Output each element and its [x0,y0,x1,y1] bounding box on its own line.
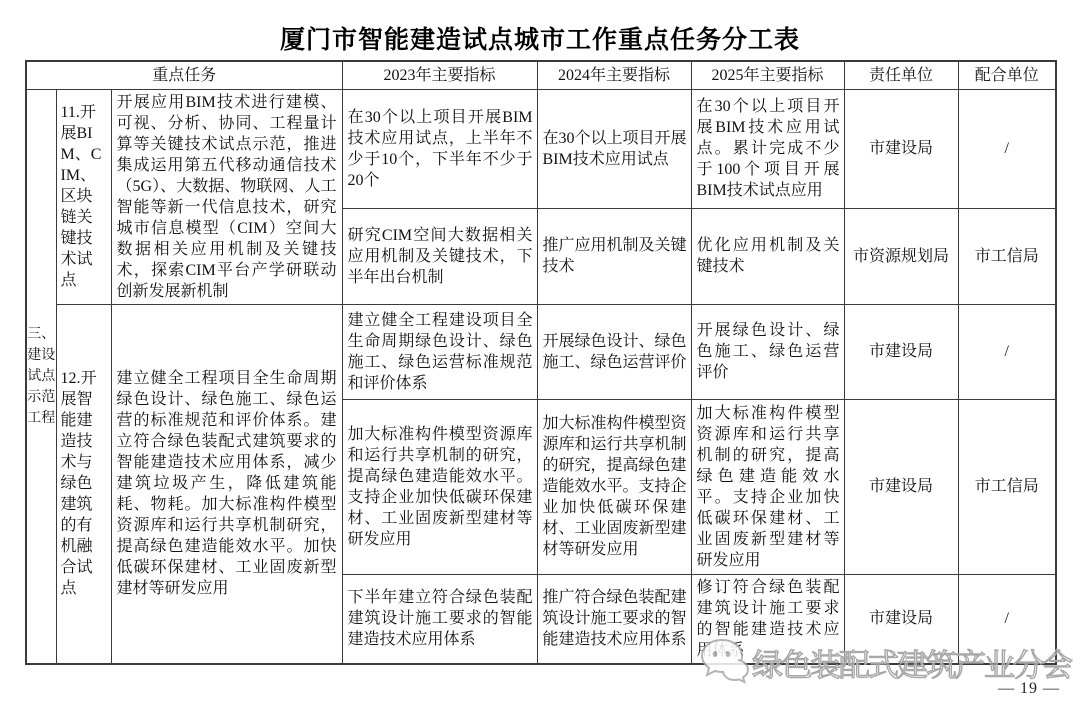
task-11a-2024-cell: 在30个以上项目开展BIM技术应用试点 [537,89,691,209]
table-row: 12.开展智能建造技术与绿色建筑的有机融合试点 建立健全工程项目全生命周期绿色设… [26,304,1056,399]
column-header-2023: 2023年主要指标 [342,61,537,89]
column-header-task: 重点任务 [26,61,342,89]
column-header-2024: 2024年主要指标 [537,61,691,89]
task-12c-cooperating-cell: / [958,574,1056,664]
column-header-2025: 2025年主要指标 [691,61,844,89]
task-12c-2023-cell: 下半年建立符合绿色装配建筑设计施工要求的智能建造技术应用体系 [342,574,537,664]
task-12b-responsible-cell: 市建设局 [844,399,958,574]
column-header-responsible: 责任单位 [844,61,958,89]
task-12b-2024-cell: 加大标准构件模型资源库和运行共享机制的研究，提高绿色建造能效水平。支持企业加快低… [537,399,691,574]
table-row: 三、建设试点示范工程 11.开展BIM、CIM、区块链关键技术试点 开展应用BI… [26,89,1056,209]
table-header-row: 重点任务 2023年主要指标 2024年主要指标 2025年主要指标 责任单位 … [26,61,1056,89]
task-12a-cooperating-cell: / [958,304,1056,399]
task-11a-2023-cell: 在30个以上项目开展BIM技术应用试点，上半年不少于10个，下半年不少于20个 [342,89,537,209]
task-11a-2025-cell: 在30个以上项目开展BIM技术应用试点。累计完成不少于100个项目开展BIM技术… [691,89,844,209]
task-division-table: 重点任务 2023年主要指标 2024年主要指标 2025年主要指标 责任单位 … [25,60,1057,665]
page-number: — 19 — [998,680,1060,698]
task-11b-cooperating-cell: 市工信局 [958,209,1056,304]
task-11b-2024-cell: 推广应用机制及关键技术 [537,209,691,304]
task-11a-cooperating-cell: / [958,89,1056,209]
task-11b-responsible-cell: 市资源规划局 [844,209,958,304]
task-12a-2024-cell: 开展绿色设计、绿色施工、绿色运营评价 [537,304,691,399]
document-page: 厦门市智能建造试点城市工作重点任务分工表 重点任务 2023年主要指标 2024… [0,0,1080,706]
task-11b-2025-cell: 优化应用机制及关键技术 [691,209,844,304]
task-12b-2023-cell: 加大标准构件模型资源库和运行共享机制的研究，提高绿色建造能效水平。支持企业加快低… [342,399,537,574]
task-11-description-cell: 开展应用BIM技术进行建模、可视、分析、协同、工程量计算等关键技术试点示范，推进… [111,89,342,304]
task-12b-cooperating-cell: 市工信局 [958,399,1056,574]
task-12c-responsible-cell: 市建设局 [844,574,958,664]
task-11b-2023-cell: 研究CIM空间大数据相关应用机制及关键技术，下半年出台机制 [342,209,537,304]
task-11a-responsible-cell: 市建设局 [844,89,958,209]
task-11-name-cell: 11.开展BIM、CIM、区块链关键技术试点 [56,89,111,304]
task-12a-responsible-cell: 市建设局 [844,304,958,399]
task-12b-2025-cell: 加大标准构件模型资源库和运行共享机制的研究，提高绿色建造能效水平。支持企业加快低… [691,399,844,574]
task-12a-2023-cell: 建立健全工程建设项目全生命周期绿色设计、绿色施工、绿色运营标准规范和评价体系 [342,304,537,399]
task-12c-2025-cell: 修订符合绿色装配建筑设计施工要求的智能建造技术应用体系 [691,574,844,664]
column-header-cooperating: 配合单位 [958,61,1056,89]
task-12c-2024-cell: 推广符合绿色装配建筑设计施工要求的智能建造技术应用体系 [537,574,691,664]
task-12a-2025-cell: 开展绿色设计、绿色施工、绿色运营评价 [691,304,844,399]
category-cell: 三、建设试点示范工程 [26,89,56,664]
page-title: 厦门市智能建造试点城市工作重点任务分工表 [0,20,1080,56]
task-12-name-cell: 12.开展智能建造技术与绿色建筑的有机融合试点 [56,304,111,664]
task-12-description-cell: 建立健全工程项目全生命周期绿色设计、绿色施工、绿色运营的标准规范和评价体系。建立… [111,304,342,664]
